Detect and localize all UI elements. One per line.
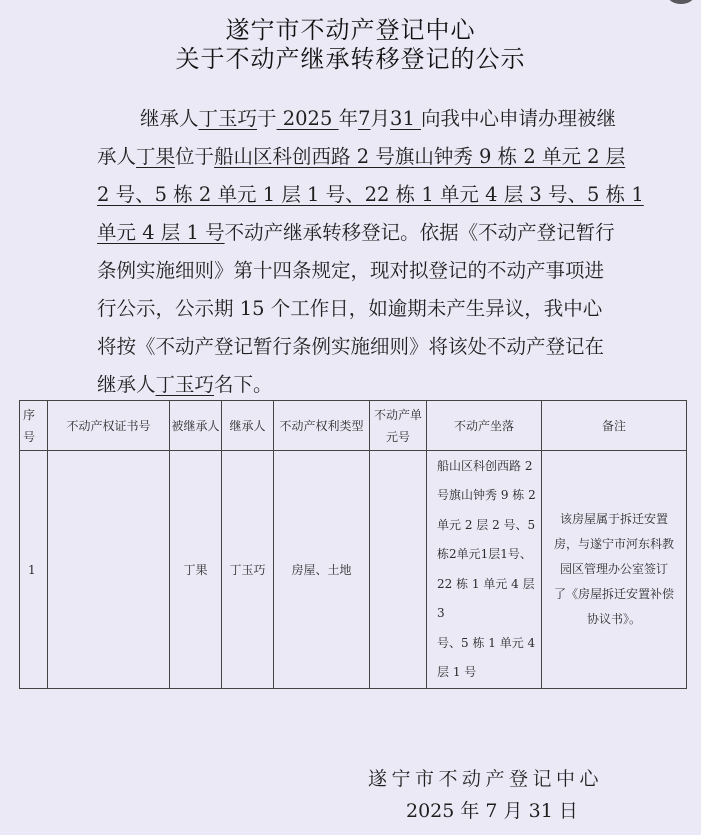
underlined-field: 2025: [277, 107, 339, 130]
document-title-subject: 关于不动产继承转移登记的公示: [0, 39, 701, 74]
body-text: 行公示，公示期 15 个工作日，如逾期未产生异议，我中心: [97, 297, 602, 320]
cell-seq: 1: [20, 451, 48, 689]
underlined-field: 船山区科创西路 2 号旗山钟秀 9 栋 2 单元 2 层: [214, 145, 625, 168]
cell-right-type: 房屋、土地: [274, 451, 370, 689]
table-row: 1 丁果 丁玉巧 房屋、土地 船山区科创西路 2号旗山钟秀 9 栋 2单元 2 …: [20, 451, 687, 689]
header-heir: 继承人: [222, 401, 274, 451]
body-line: 承人丁果位于船山区科创西路 2 号旗山钟秀 9 栋 2 单元 2 层: [97, 141, 625, 169]
signature-date: 2025 年 7 月 31 日: [406, 796, 578, 823]
header-cert-no: 不动产权证书号: [48, 401, 170, 451]
body-text: 年: [339, 107, 359, 130]
underlined-field: 单元 4 层 1 号: [97, 221, 225, 244]
body-line: 继承人丁玉巧于 2025 年7月31 向我中心申请办理被继: [140, 103, 616, 131]
underlined-field: 丁玉巧: [156, 373, 215, 396]
body-line: 继承人丁玉巧名下。: [97, 369, 273, 397]
body-line: 2 号、5 栋 2 单元 1 层 1 号、22 栋 1 单元 4 层 3 号、5…: [97, 179, 644, 207]
body-text: 位于: [175, 145, 214, 168]
body-text: 向我中心申请办理被继: [421, 107, 616, 130]
body-text: 于: [257, 107, 277, 130]
header-unit-no: 不动产单元号: [370, 401, 427, 451]
header-remark: 备注: [542, 401, 687, 451]
header-decedent: 被继承人: [170, 401, 222, 451]
body-line: 单元 4 层 1 号不动产继承转移登记。依据《不动产登记暂行: [97, 217, 615, 245]
property-table: 序号 不动产权证书号 被继承人 继承人 不动产权利类型 不动产单元号 不动产坐落…: [19, 400, 687, 689]
body-text: 继承人: [97, 373, 156, 396]
underlined-field: 7: [358, 107, 370, 130]
body-text: 名下。: [214, 373, 273, 396]
body-line: 将按《不动产登记暂行条例实施细则》将该处不动产登记在: [97, 331, 604, 359]
underlined-field: 丁玉巧: [199, 107, 258, 130]
table-header-row: 序号 不动产权证书号 被继承人 继承人 不动产权利类型 不动产单元号 不动产坐落…: [20, 401, 687, 451]
underlined-field: 丁果: [136, 145, 175, 168]
underlined-field: 2 号、5 栋 2 单元 1 层 1 号、22 栋 1 单元 4 层 3 号、5…: [97, 183, 644, 206]
body-text: 条例实施细则》第十四条规定，现对拟登记的不动产事项进: [97, 259, 604, 282]
body-text: 将按《不动产登记暂行条例实施细则》将该处不动产登记在: [97, 335, 604, 358]
cell-location: 船山区科创西路 2号旗山钟秀 9 栋 2单元 2 层 2 号、5栋2单元1层1号…: [427, 451, 542, 689]
cell-cert-no: [48, 451, 170, 689]
header-location: 不动产坐落: [427, 401, 542, 451]
cell-remark: 该房屋属于拆迁安置房，与遂宁市河东科教园区管理办公室签订了《房屋拆迁安置补偿协议…: [542, 451, 687, 689]
signature-org: 遂宁市不动产登记中心: [368, 764, 603, 791]
corner-button-icon: [668, 0, 694, 4]
header-right-type: 不动产权利类型: [274, 401, 370, 451]
body-text: 不动产继承转移登记。依据《不动产登记暂行: [225, 221, 615, 244]
cell-heir: 丁玉巧: [222, 451, 274, 689]
body-text: 月: [371, 107, 391, 130]
header-seq: 序号: [20, 401, 48, 451]
cell-unit-no: [370, 451, 427, 689]
underlined-field: 31: [390, 107, 421, 130]
body-line: 条例实施细则》第十四条规定，现对拟登记的不动产事项进: [97, 255, 604, 283]
body-text: 承人: [97, 145, 136, 168]
body-text: 继承人: [140, 107, 199, 130]
body-line: 行公示，公示期 15 个工作日，如逾期未产生异议，我中心: [97, 293, 602, 321]
cell-decedent: 丁果: [170, 451, 222, 689]
